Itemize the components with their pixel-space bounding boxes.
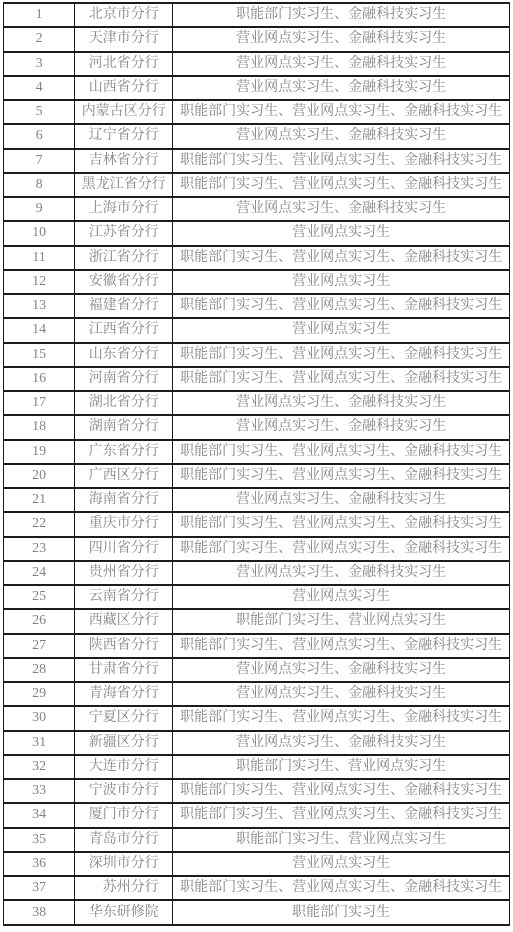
branch-name: 天津市分行 [75,27,173,51]
row-index: 2 [4,27,75,51]
row-index: 20 [4,464,75,488]
table-row: 10 江苏省分行 营业网点实习生 [4,221,510,245]
row-index: 1 [4,3,75,27]
row-index: 7 [4,149,75,173]
position-list: 职能部门实习生、营业网点实习生、金融科技实习生 [173,803,510,827]
table-row: 22 重庆市分行 职能部门实习生、营业网点实习生、金融科技实习生 [4,512,510,536]
row-index: 13 [4,294,75,318]
row-index: 23 [4,537,75,561]
position-list: 职能部门实习生、营业网点实习生、金融科技实习生 [173,779,510,803]
row-index: 11 [4,246,75,270]
branch-name: 新疆区分行 [75,731,173,755]
row-index: 24 [4,561,75,585]
branch-name: 宁波市分行 [75,779,173,803]
branch-name: 湖南省分行 [75,415,173,439]
table-row: 36 深圳市分行 营业网点实习生 [4,852,510,876]
branch-name: 广西区分行 [75,464,173,488]
row-index: 25 [4,585,75,609]
table-row: 27 陕西省分行 职能部门实习生、营业网点实习生、金融科技实习生 [4,634,510,658]
row-index: 14 [4,318,75,342]
table-row: 29 青海省分行 营业网点实习生、金融科技实习生 [4,682,510,706]
row-index: 10 [4,221,75,245]
position-list: 营业网点实习生 [173,270,510,294]
row-index: 9 [4,197,75,221]
table-row: 23 四川省分行 职能部门实习生、营业网点实习生、金融科技实习生 [4,537,510,561]
branch-name: 苏州分行 [75,876,173,900]
branch-name: 江苏省分行 [75,221,173,245]
row-index: 28 [4,658,75,682]
row-index: 19 [4,440,75,464]
row-index: 30 [4,706,75,730]
table-row: 19 广东省分行 职能部门实习生、营业网点实习生、金融科技实习生 [4,440,510,464]
branch-name: 大连市分行 [75,755,173,779]
position-list: 职能部门实习生、营业网点实习生、金融科技实习生 [173,512,510,536]
position-list: 营业网点实习生、金融科技实习生 [173,561,510,585]
table-row: 26 西藏区分行 职能部门实习生、营业网点实习生 [4,609,510,633]
branch-name: 陕西省分行 [75,634,173,658]
branch-name: 厦门市分行 [75,803,173,827]
position-list: 营业网点实习生、金融科技实习生 [173,52,510,76]
position-list: 职能部门实习生、金融科技实习生 [173,3,510,27]
branch-name: 华东研修院 [75,900,173,925]
branch-internship-table: 1 北京市分行 职能部门实习生、金融科技实习生 2 天津市分行 营业网点实习生、… [3,2,510,926]
position-list: 职能部门实习生、营业网点实习生、金融科技实习生 [173,367,510,391]
table-row: 9 上海市分行 营业网点实习生、金融科技实习生 [4,197,510,221]
position-list: 职能部门实习生、营业网点实习生、金融科技实习生 [173,537,510,561]
position-list: 职能部门实习生、营业网点实习生、金融科技实习生 [173,246,510,270]
position-list: 职能部门实习生、营业网点实习生 [173,755,510,779]
row-index: 12 [4,270,75,294]
position-list: 营业网点实习生 [173,852,510,876]
row-index: 29 [4,682,75,706]
position-list: 职能部门实习生、营业网点实习生 [173,609,510,633]
position-list: 营业网点实习生 [173,585,510,609]
table-row: 20 广西区分行 职能部门实习生、营业网点实习生、金融科技实习生 [4,464,510,488]
table-row: 38 华东研修院 职能部门实习生 [4,900,510,925]
row-index: 16 [4,367,75,391]
table-row: 4 山西省分行 营业网点实习生、金融科技实习生 [4,76,510,100]
row-index: 17 [4,391,75,415]
row-index: 18 [4,415,75,439]
branch-name: 湖北省分行 [75,391,173,415]
position-list: 职能部门实习生、营业网点实习生、金融科技实习生 [173,634,510,658]
branch-name: 上海市分行 [75,197,173,221]
branch-name: 西藏区分行 [75,609,173,633]
branch-name: 黑龙江省分行 [75,173,173,197]
row-index: 31 [4,731,75,755]
branch-name: 江西省分行 [75,318,173,342]
branch-name: 辽宁省分行 [75,124,173,148]
row-index: 21 [4,488,75,512]
position-list: 营业网点实习生、金融科技实习生 [173,27,510,51]
position-list: 营业网点实习生、金融科技实习生 [173,391,510,415]
branch-name: 四川省分行 [75,537,173,561]
table-row: 1 北京市分行 职能部门实习生、金融科技实习生 [4,3,510,27]
row-index: 38 [4,900,75,925]
position-list: 职能部门实习生、营业网点实习生、金融科技实习生 [173,464,510,488]
table-row: 33 宁波市分行 职能部门实习生、营业网点实习生、金融科技实习生 [4,779,510,803]
position-list: 营业网点实习生 [173,318,510,342]
table-row: 5 内蒙古区分行 职能部门实习生、营业网点实习生、金融科技实习生 [4,100,510,124]
table-row: 8 黑龙江省分行 职能部门实习生、营业网点实习生、金融科技实习生 [4,173,510,197]
position-list: 职能部门实习生、营业网点实习生 [173,828,510,852]
table-row: 2 天津市分行 营业网点实习生、金融科技实习生 [4,27,510,51]
branch-name: 青海省分行 [75,682,173,706]
table-row: 3 河北省分行 营业网点实习生、金融科技实习生 [4,52,510,76]
branch-name: 北京市分行 [75,3,173,27]
position-list: 营业网点实习生 [173,221,510,245]
row-index: 27 [4,634,75,658]
table-row: 34 厦门市分行 职能部门实习生、营业网点实习生、金融科技实习生 [4,803,510,827]
table-row: 21 海南省分行 营业网点实习生、金融科技实习生 [4,488,510,512]
table-row: 13 福建省分行 职能部门实习生、营业网点实习生、金融科技实习生 [4,294,510,318]
row-index: 37 [4,876,75,900]
branch-name: 深圳市分行 [75,852,173,876]
table-row: 25 云南省分行 营业网点实习生 [4,585,510,609]
row-index: 3 [4,52,75,76]
branch-name: 重庆市分行 [75,512,173,536]
branch-name: 安徽省分行 [75,270,173,294]
branch-name: 浙江省分行 [75,246,173,270]
row-index: 32 [4,755,75,779]
position-list: 营业网点实习生、金融科技实习生 [173,124,510,148]
position-list: 职能部门实习生、营业网点实习生、金融科技实习生 [173,173,510,197]
branch-name: 贵州省分行 [75,561,173,585]
position-list: 职能部门实习生、营业网点实习生、金融科技实习生 [173,343,510,367]
position-list: 营业网点实习生、金融科技实习生 [173,682,510,706]
table-row: 35 青岛市分行 职能部门实习生、营业网点实习生 [4,828,510,852]
table-row: 17 湖北省分行 营业网点实习生、金融科技实习生 [4,391,510,415]
table-row: 28 甘肃省分行 营业网点实习生、金融科技实习生 [4,658,510,682]
position-list: 营业网点实习生、金融科技实习生 [173,76,510,100]
row-index: 36 [4,852,75,876]
branch-name: 青岛市分行 [75,828,173,852]
branch-name: 山西省分行 [75,76,173,100]
position-list: 职能部门实习生、营业网点实习生、金融科技实习生 [173,294,510,318]
row-index: 8 [4,173,75,197]
position-list: 营业网点实习生、金融科技实习生 [173,731,510,755]
branch-name: 福建省分行 [75,294,173,318]
table-row: 31 新疆区分行 营业网点实习生、金融科技实习生 [4,731,510,755]
table-row: 16 河南省分行 职能部门实习生、营业网点实习生、金融科技实习生 [4,367,510,391]
branch-name: 山东省分行 [75,343,173,367]
row-index: 15 [4,343,75,367]
row-index: 34 [4,803,75,827]
row-index: 6 [4,124,75,148]
table-row: 14 江西省分行 营业网点实习生 [4,318,510,342]
row-index: 22 [4,512,75,536]
position-list: 营业网点实习生、金融科技实习生 [173,197,510,221]
table-row: 6 辽宁省分行 营业网点实习生、金融科技实习生 [4,124,510,148]
row-index: 26 [4,609,75,633]
position-list: 职能部门实习生、营业网点实习生、金融科技实习生 [173,440,510,464]
branch-name: 内蒙古区分行 [75,100,173,124]
position-list: 职能部门实习生、营业网点实习生、金融科技实习生 [173,706,510,730]
position-list: 职能部门实习生 [173,900,510,925]
position-list: 职能部门实习生、营业网点实习生、金融科技实习生 [173,149,510,173]
position-list: 职能部门实习生、营业网点实习生、金融科技实习生 [173,876,510,900]
position-list: 营业网点实习生、金融科技实习生 [173,658,510,682]
table-row: 15 山东省分行 职能部门实习生、营业网点实习生、金融科技实习生 [4,343,510,367]
row-index: 5 [4,100,75,124]
branch-name: 河南省分行 [75,367,173,391]
branch-name: 云南省分行 [75,585,173,609]
table-row: 18 湖南省分行 营业网点实习生、金融科技实习生 [4,415,510,439]
position-list: 营业网点实习生、金融科技实习生 [173,415,510,439]
row-index: 33 [4,779,75,803]
branch-name: 广东省分行 [75,440,173,464]
table-row: 7 吉林省分行 职能部门实习生、营业网点实习生、金融科技实习生 [4,149,510,173]
row-index: 35 [4,828,75,852]
table-row: 37 苏州分行 职能部门实习生、营业网点实习生、金融科技实习生 [4,876,510,900]
table-row: 30 宁夏区分行 职能部门实习生、营业网点实习生、金融科技实习生 [4,706,510,730]
branch-name: 河北省分行 [75,52,173,76]
table-body: 1 北京市分行 职能部门实习生、金融科技实习生 2 天津市分行 营业网点实习生、… [4,3,510,925]
branch-name: 宁夏区分行 [75,706,173,730]
table-row: 12 安徽省分行 营业网点实习生 [4,270,510,294]
position-list: 营业网点实习生、金融科技实习生 [173,488,510,512]
table-row: 32 大连市分行 职能部门实习生、营业网点实习生 [4,755,510,779]
branch-name: 吉林省分行 [75,149,173,173]
table-row: 11 浙江省分行 职能部门实习生、营业网点实习生、金融科技实习生 [4,246,510,270]
branch-name: 海南省分行 [75,488,173,512]
table-row: 24 贵州省分行 营业网点实习生、金融科技实习生 [4,561,510,585]
row-index: 4 [4,76,75,100]
branch-name: 甘肃省分行 [75,658,173,682]
position-list: 职能部门实习生、营业网点实习生、金融科技实习生 [173,100,510,124]
